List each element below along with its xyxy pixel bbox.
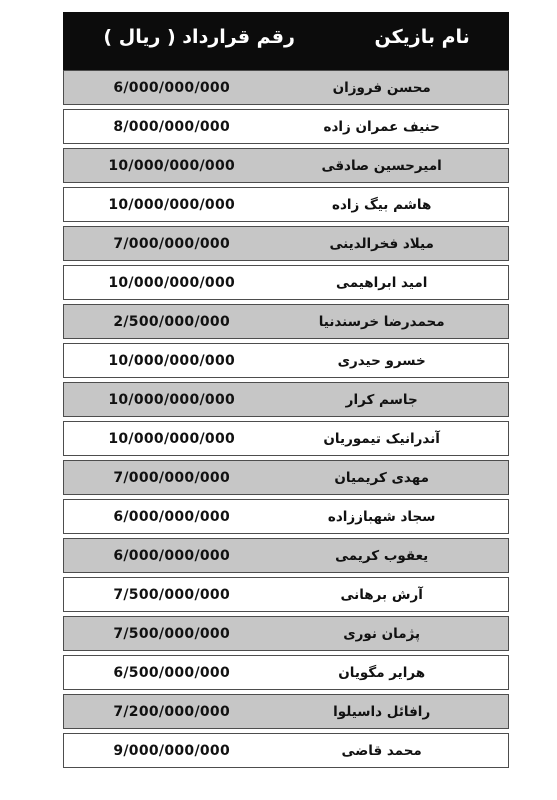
table-row: آرش برهانی 7/500/000/000 — [63, 577, 509, 612]
contract-amount-cell: 10/000/000/000 — [64, 422, 279, 455]
table-row: حنیف عمران زاده 8/000/000/000 — [63, 109, 509, 144]
table-row: خسرو حیدری 10/000/000/000 — [63, 343, 509, 378]
player-name-cell: مهدی کریمیان — [267, 461, 496, 494]
contract-amount-cell: 9/000/000/000 — [64, 734, 279, 767]
player-name-cell: حنیف عمران زاده — [267, 110, 496, 143]
player-name-cell: آندرانیک تیموریان — [267, 422, 496, 455]
table-row: سجاد شهباززاده 6/000/000/000 — [63, 499, 509, 534]
player-name-cell: محسن فروزان — [267, 71, 496, 104]
player-name-cell: خسرو حیدری — [267, 344, 496, 377]
player-name-cell: هرایر مگویان — [267, 656, 496, 689]
header-player-name: نام بازیکن — [307, 12, 537, 70]
player-name-cell: جاسم کرار — [267, 383, 496, 416]
table-row: محمدرضا خرسندنیا 2/500/000/000 — [63, 304, 509, 339]
player-name-cell: امیرحسین صادقی — [267, 149, 496, 182]
player-name-cell: امید ابراهیمی — [267, 266, 496, 299]
table-row: پژمان نوری 7/500/000/000 — [63, 616, 509, 651]
contract-amount-cell: 7/200/000/000 — [64, 695, 279, 728]
table-row: امیرحسین صادقی 10/000/000/000 — [63, 148, 509, 183]
table-row: مهدی کریمیان 7/000/000/000 — [63, 460, 509, 495]
player-name-cell: پژمان نوری — [267, 617, 496, 650]
table-row: محمد قاضی 9/000/000/000 — [63, 733, 509, 768]
contract-amount-cell: 7/000/000/000 — [64, 227, 279, 260]
contract-amount-cell: 8/000/000/000 — [64, 110, 279, 143]
contract-amount-cell: 10/000/000/000 — [64, 344, 279, 377]
contract-amount-cell: 10/000/000/000 — [64, 188, 279, 221]
table-row: یعقوب کریمی 6/000/000/000 — [63, 538, 509, 573]
contract-amount-cell: 6/000/000/000 — [64, 500, 279, 533]
contract-amount-cell: 7/000/000/000 — [64, 461, 279, 494]
contract-amount-cell: 7/500/000/000 — [64, 578, 279, 611]
contract-amount-cell: 6/500/000/000 — [64, 656, 279, 689]
player-name-cell: هاشم بیگ زاده — [267, 188, 496, 221]
contract-amount-cell: 10/000/000/000 — [64, 149, 279, 182]
contracts-table: نام بازیکن رقم قرارداد ( ریال ) محسن فرو… — [63, 12, 509, 772]
table-row: محسن فروزان 6/000/000/000 — [63, 70, 509, 105]
player-name-cell: میلاد فخرالدینی — [267, 227, 496, 260]
player-name-cell: آرش برهانی — [267, 578, 496, 611]
player-name-cell: محمدرضا خرسندنیا — [267, 305, 496, 338]
table-row: رافائل داسیلوا 7/200/000/000 — [63, 694, 509, 729]
player-name-cell: محمد قاضی — [267, 734, 496, 767]
table-body: محسن فروزان 6/000/000/000 حنیف عمران زاد… — [63, 70, 509, 768]
table-row: هرایر مگویان 6/500/000/000 — [63, 655, 509, 690]
table-row: آندرانیک تیموریان 10/000/000/000 — [63, 421, 509, 456]
table-row: جاسم کرار 10/000/000/000 — [63, 382, 509, 417]
contract-amount-cell: 6/000/000/000 — [64, 539, 279, 572]
contract-amount-cell: 7/500/000/000 — [64, 617, 279, 650]
contract-amount-cell: 10/000/000/000 — [64, 266, 279, 299]
table-row: میلاد فخرالدینی 7/000/000/000 — [63, 226, 509, 261]
contract-amount-cell: 6/000/000/000 — [64, 71, 279, 104]
player-name-cell: سجاد شهباززاده — [267, 500, 496, 533]
player-name-cell: رافائل داسیلوا — [267, 695, 496, 728]
header-contract-amount: رقم قرارداد ( ریال ) — [91, 12, 307, 70]
contract-amount-cell: 2/500/000/000 — [64, 305, 279, 338]
table-row: هاشم بیگ زاده 10/000/000/000 — [63, 187, 509, 222]
player-name-cell: یعقوب کریمی — [267, 539, 496, 572]
table-row: امید ابراهیمی 10/000/000/000 — [63, 265, 509, 300]
contract-amount-cell: 10/000/000/000 — [64, 383, 279, 416]
table-header: نام بازیکن رقم قرارداد ( ریال ) — [63, 12, 509, 70]
